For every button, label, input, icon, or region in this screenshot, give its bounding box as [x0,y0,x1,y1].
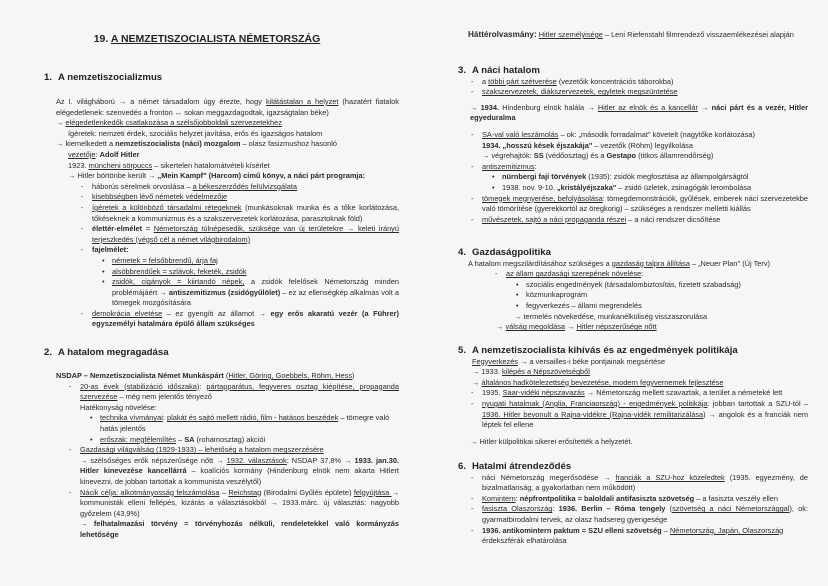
list-item: Gazdasági világválság (1929-1933) – lehe… [66,445,399,487]
list-item: náci Németország megerősödése → franciák… [468,473,808,494]
list-item: ígéretek a különböző társadalmi rétegekn… [78,203,399,224]
list-item: Nácik célja: alkotmányosság felszámolása… [66,488,399,541]
section-5: 5.A nemzetiszocialista kihívás és az eng… [458,346,808,447]
section-4-heading: 4.Gazdaságpolitika [458,248,808,259]
section-1-heading: 1.A nemzetiszocializmus [44,73,394,84]
paragraph: → kiemelkedett a nemzetiszocialista (nác… [56,139,399,150]
dash-list: SA-val való leszámolás – ok: „második fo… [458,130,808,225]
title-number: 19. [94,33,109,45]
list-item: SA-val való leszámolás – ok: „második fo… [468,130,808,162]
list-item: az állam gazdasági szerepének növelése: [492,269,808,280]
dash-list: náci Németország megerősödése → franciák… [458,473,808,547]
paragraph: 1923. müncheni sörpuccs – sikertelen hat… [56,161,399,172]
list-item: zsidók, cigányok = kiirtandó népek, a zs… [100,277,399,309]
list-item: technika vívmányai: plakát és sajtó mell… [88,413,399,434]
bullet-list: nürnbergi faji törvények (1935): zsidók … [468,172,808,193]
list-item: németek = felsőbbrendű, árja faj [100,256,399,267]
paragraph: Fegyverkezés → a versailles-i béke pontj… [472,357,808,368]
background-reading: Háttérolvasmány: Hitler személyisége – L… [468,30,818,41]
list-item: a többi párt szétverése (vezetőik koncen… [468,77,808,88]
list-item: fajelmélet: [78,245,399,256]
list-item: fegyverkezés – állami megrendelés [514,301,808,312]
bullet-list: szociális engedmények (társadalombiztosí… [492,280,808,322]
paragraph: Háttérolvasmány: Hitler személyisége – L… [468,30,818,41]
list-item: demokrácia elvetése – ez gyengíti az áll… [78,309,399,330]
list-item: erőszak: megfélemlítés – SA (rohamosztag… [88,435,399,446]
list-item: fasiszta Olaszország: 1936. Berlin – Róm… [468,504,808,525]
title-text: A NEMZETISZOCIALISTA NÉMETORSZÁG [111,33,320,45]
dash-list: háborús sérelmek orvoslása – a békeszerz… [56,182,399,330]
list-item: nürnbergi faji törvények (1935): zsidók … [490,172,808,183]
section-6-heading: 6.Hatalmi átrendeződés [458,462,808,473]
bullet-list: németek = felsőbbrendű, árja faj alsóbbr… [78,256,399,309]
paragraph: vezetője: Adolf Hitler [56,150,399,161]
dash-list: 1935. Saar-vidéki népszavazás → Németors… [458,388,808,430]
section-1-body: Az I. világháború → a német társadalom ú… [56,97,399,330]
dash-list: a többi párt szétverése (vezetőik koncen… [458,77,808,98]
paragraph: → válság megoldása → Hitler népszerűsége… [458,322,808,333]
section-5-heading: 5.A nemzetiszocialista kihívás és az eng… [458,346,808,357]
paragraph: Hatékonyság növelése: [66,403,399,414]
bullet-list: technika vívmányai: plakát és sajtó mell… [66,413,399,445]
section-2-body: NSDAP – Nemzetiszocialista Német Munkásp… [56,371,399,541]
section-2-heading: 2.A hatalom megragadása [44,348,394,359]
list-item: nyugati hatalmak (Anglia, Franciaország)… [468,399,808,431]
document-title: 19. A NEMZETISZOCIALISTA NÉMETORSZÁG [0,34,414,45]
list-item: 20-as évek (stabilizáció időszaka): párt… [66,382,399,403]
paragraph: → 1933. kilépés a Népszövetségből [472,367,808,378]
paragraph: Az I. világháború → a német társadalom ú… [56,97,399,118]
paragraph: → 1934. Hindenburg elnök halála → Hitler… [458,103,808,124]
list-item: művészetek, sajtó a náci propaganda rész… [468,215,808,226]
section-2: 2.A hatalom megragadása [44,348,394,359]
list-item: antiszemitizmus: [468,162,808,173]
list-item: kisebbségben lévő németek védelmezője [78,192,399,203]
list-item: alsóbbrendűek = szlávok, feketék, zsidók [100,267,399,278]
paragraph: → termelés növekedése, munkanélküliség v… [514,312,808,323]
list-item: 1936. antikomintern paktum = SZU elleni … [468,526,808,547]
dash-list: az állam gazdasági szerepének növelése: … [458,269,808,322]
list-item: élettér-elmélet = Németország túlnépesed… [78,224,399,245]
list-item: 1938. nov. 9-10. „kristályéjszaka" – zsi… [490,183,808,194]
paragraph: NSDAP – Nemzetiszocialista Német Munkásp… [56,371,399,382]
list-item: háborús sérelmek orvoslása – a békeszerz… [78,182,399,193]
section-5-body: Fegyverkezés → a versailles-i béke pontj… [458,357,808,389]
paragraph: → elégedetlenkedők csatlakozása a szélső… [56,118,399,129]
paragraph: → Hitler börtönbe került → „Mein Kampf" … [56,171,399,182]
paragraph: → általános hadkötelezettség bevezetése,… [472,378,808,389]
section-6: 6.Hatalmi átrendeződés náci Németország … [458,462,808,547]
paragraph: ígéretek: nemzeti érdek, szociális helyz… [56,129,399,140]
list-item: 1935. Saar-vidéki népszavazás → Németors… [468,388,808,399]
paragraph: A hatalom megszilárdításához szükséges a… [458,259,808,270]
list-item: közmunkaprogram [514,290,808,301]
list-item: szakszervezetek, diákszervezetek, egylet… [468,87,808,98]
dash-list: 20-as évek (stabilizáció időszaka): párt… [56,382,399,541]
list-item: szociális engedmények (társadalombiztosí… [514,280,808,291]
section-3-heading: 3.A náci hatalom [458,66,808,77]
paragraph: → Hitler külpolitikai sikerei erősítetté… [458,437,808,448]
section-3: 3.A náci hatalom a többi párt szétverése… [458,66,808,225]
section-4: 4.Gazdaságpolitika A hatalom megszilárdí… [458,248,808,333]
section-1: 1.A nemzetiszocializmus [44,73,394,84]
left-page: 19. A NEMZETISZOCIALISTA NÉMETORSZÁG 1.A… [0,0,414,586]
right-page: Háttérolvasmány: Hitler személyisége – L… [414,0,828,586]
list-item: Komintern: népfrontpolitika = baloldali … [468,494,808,505]
list-item: tömegek megnyerése, befolyásolása: tömeg… [468,194,808,215]
